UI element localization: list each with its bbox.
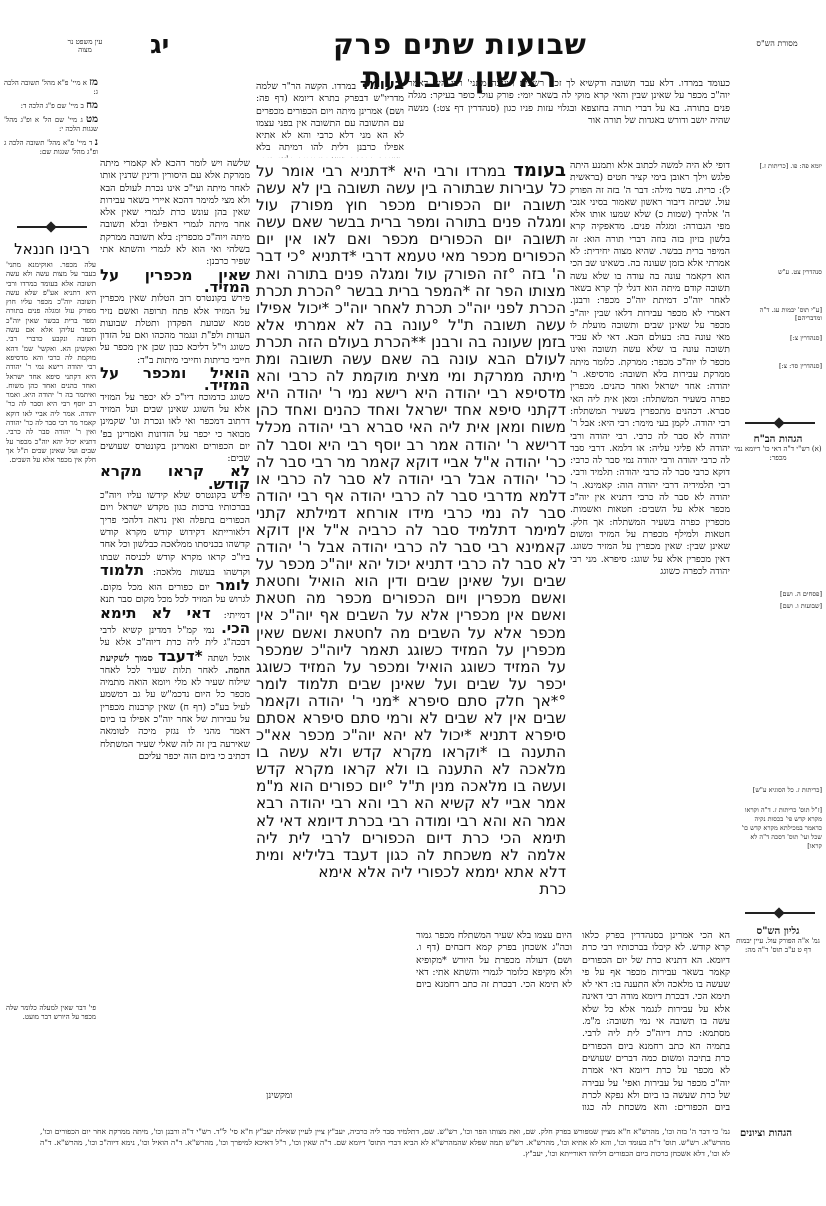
- mesoret-hashas-label: מסורת הש"ס: [742, 40, 812, 48]
- tosafot-heading-1: שאין מכפרין על המזיד.: [100, 269, 250, 294]
- tosafot-heading-3: לא קראו מקרא קודש.: [100, 465, 250, 490]
- tosafot-body-2: כשוגג כדמוכח דיו"כ לא יכפר על המזיד אלא …: [100, 392, 250, 464]
- tosafot-body-1: פירש בקונטרס רוב הטלות שאין מכפרין על המ…: [100, 293, 250, 365]
- margin-ref: [שבועות ו. ושם]: [736, 602, 822, 610]
- hagahot-bach-title: הגהות הב"ח: [734, 434, 822, 445]
- margin-ref: [סנהדרין סד: צ:]: [736, 362, 822, 370]
- tosafot-column: שלשה ויש לומר דהכא לא קאמרי מיתה ממרקת א…: [100, 78, 250, 928]
- bottom-commentary-right: הא הכי אמרינן בסנהדרין בפרק כלאו קרא קוד…: [582, 930, 730, 1110]
- hagahot-bach: הגהות הב"ח (א) רש"י ד"ה דאי כו' דיומא נמ…: [734, 434, 822, 463]
- tosafot-opening-6: *דעבד: [158, 647, 203, 665]
- margin-ref: [כריתות ז. כל הסוגיא ע"ש]: [736, 786, 822, 794]
- ein-mishpat-entry: מז א מיי' פ"א מהל' תשובה הלכה ג:: [4, 78, 98, 97]
- margin-ref: [פסחים ה. ושם]: [736, 590, 822, 598]
- gilyon-hashas: גליון הש"ס גמ' א"ה הפורק עול. עיין יבמות…: [734, 926, 822, 955]
- rashi-column: דופי לא היה למשה לכתוב אלא ותמנע היתה פל…: [570, 160, 730, 925]
- left-margin-note: פי' דבר שאין למעלה כלומר שלה מכפר על היו…: [6, 1004, 96, 1022]
- ornament-divider: [740, 418, 820, 428]
- bottom-commentary: הא הכי אמרינן בסנהדרין בפרק כלאו קרא קוד…: [256, 930, 730, 1110]
- catchword: ומקשינן: [266, 1090, 292, 1101]
- gemara-closing-word: כרת: [256, 881, 566, 898]
- ornament-divider: [740, 908, 820, 918]
- tosafot-body-6: לאחר תלות שעיר לכל לאחר שילוח שעיר לא מל…: [100, 665, 250, 762]
- margin-ref: [סנהדרין צ:]: [736, 334, 822, 342]
- tosafot-top-block: בעומד במרדו. הקשה הר"ר שלמה מדריו"ש דבפר…: [256, 78, 404, 158]
- rashi-top-text: כעומד במרדו. דלא עבד תשובה ודקשיא לך זכח…: [408, 78, 730, 126]
- margin-ref: [ז"ל תוס' כריתות ז. ד"ה וקראו מקרא קדש פ…: [736, 806, 822, 851]
- page-number: יג: [150, 30, 169, 60]
- ornament-divider: [8, 222, 96, 232]
- rabbeinu-chananel-title: רבינו חננאל: [8, 240, 96, 258]
- tosafot-column-text: שלשה ויש לומר דהכא לא קאמרי מיתה ממרקת א…: [100, 158, 250, 267]
- margin-ref: סנהדרין צט. ע"ש: [736, 268, 822, 276]
- gilyon-hashas-text: גמ' א"ה הפורק עול. עיין יבמות דף ט ע"ב ת…: [734, 937, 822, 955]
- tosafot-heading-2: הואיל ומכפר על המזיד.: [100, 367, 250, 392]
- tosafot-top-opening: בעומד: [360, 78, 404, 93]
- tosafot-top-text: במרדו. הקשה הר"ר שלמה מדריו"ש דבפרק בתרא…: [256, 81, 404, 158]
- hagahot-vetziyunim-label: הגהות וציונים: [740, 1128, 792, 1139]
- ein-mishpat-label: עין משפט נר מצוה: [60, 38, 110, 54]
- hagahot-vetziyunim-text: גמ' כי דבר ה' בזה וכו', מהרש"א ח"א מציין…: [40, 1126, 730, 1159]
- hagahot-bach-text: (א) רש"י ד"ה דאי כו' דיומא נמי מכפר:: [734, 445, 822, 463]
- gemara-block: בעומד במרדו ורבי היא *דתניא רבי אומר על …: [256, 162, 566, 918]
- ein-mishpat-block: מז א מיי' פ"א מהל' תשובה הלכה ג: מח ב מי…: [4, 78, 98, 157]
- ein-mishpat-entry: נ ד מיי' פ"א מהל' תשובה הלכה ג ופ"ג מהל'…: [4, 138, 98, 157]
- rashi-top-block: כעומד במרדו. דלא עבד תשובה ודקשיא לך זכח…: [408, 78, 730, 158]
- bottom-commentary-left: היום עצמו בלא שעיר המשתלח מכפר גמור וכה"…: [416, 930, 572, 990]
- rabbeinu-chananel-text: עלה מכפר. ואוקימנא מתני' בעבר על מצות עש…: [6, 260, 96, 980]
- ein-mishpat-entry: מט ג מיי' שם הל' א ופ"ג מהל' שגגות הלכה …: [4, 115, 98, 134]
- margin-ref: [ע"י תוס' יבמות עג. ד"ה ומדבריהם]: [736, 306, 822, 322]
- gilyon-hashas-title: גליון הש"ס: [734, 926, 822, 937]
- gemara-text: במרדו ורבי היא *דתניא רבי אומר על כל עבי…: [256, 162, 566, 881]
- ein-mishpat-entry: מח ב מיי' שם פ"ג הלכה ד:: [4, 101, 98, 111]
- margin-ref: יומא פה: פו. [כריתות ז.]: [736, 162, 822, 170]
- rashi-column-text: דופי לא היה למשה לכתוב אלא ותמנע היתה פל…: [570, 160, 730, 577]
